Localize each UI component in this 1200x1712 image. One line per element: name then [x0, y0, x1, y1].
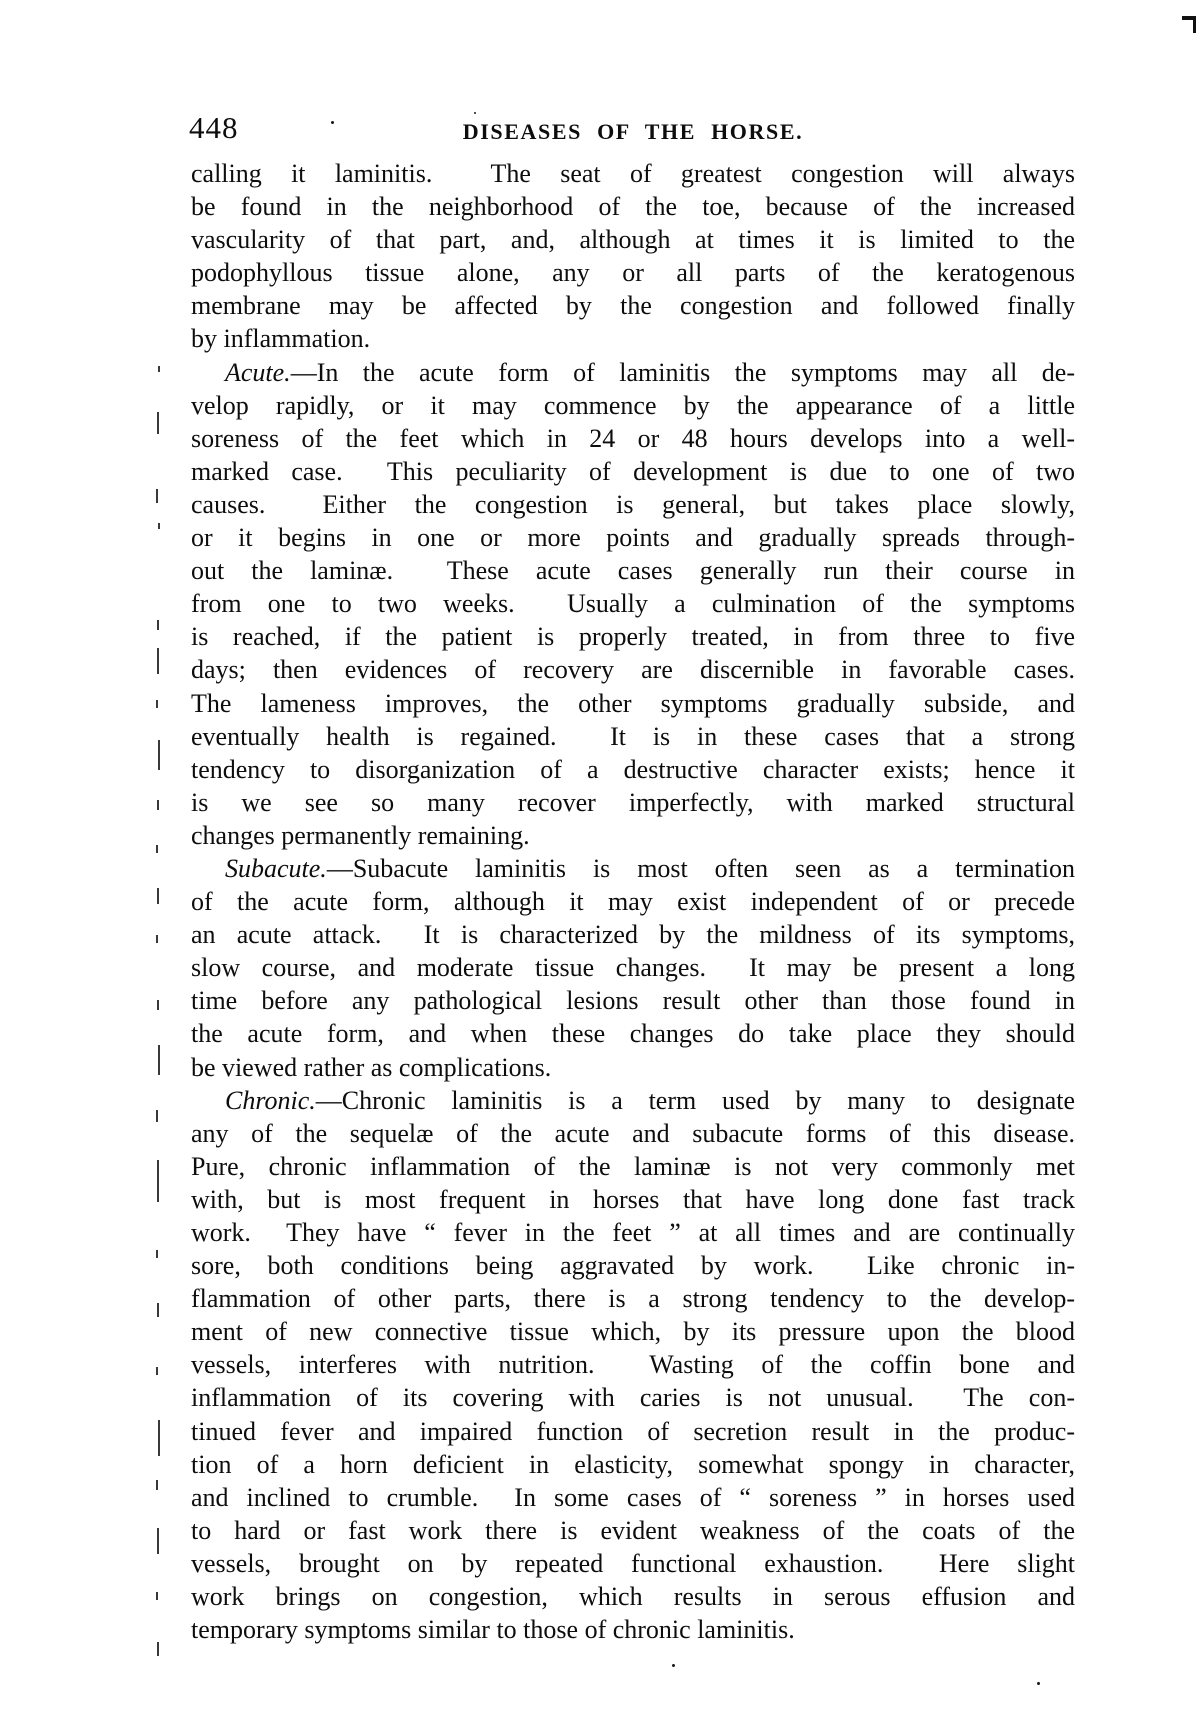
text-line: Pure, chronic inflammation of the laminæ… — [191, 1150, 1075, 1183]
scan-artifact-tick — [156, 1592, 158, 1600]
paragraph-lead-word: Chronic. — [225, 1086, 316, 1115]
text-line: time before any pathological lesions res… — [191, 984, 1075, 1017]
text-line: flammation of other parts, there is a st… — [191, 1282, 1075, 1315]
text-line: the acute form, and when these changes d… — [191, 1017, 1075, 1050]
text-line: and inclined to crumble. In some cases o… — [191, 1481, 1075, 1514]
text-line: any of the sequelæ of the acute and suba… — [191, 1117, 1075, 1150]
text-line: is reached, if the patient is properly t… — [191, 620, 1075, 653]
scan-artifact-tick — [157, 800, 159, 810]
scan-artifact-tick — [157, 1000, 159, 1010]
scan-artifact-tick — [158, 1420, 160, 1456]
scan-artifact-tick — [157, 412, 159, 434]
paragraph-lead-word: Subacute. — [225, 854, 327, 883]
text-line: be found in the neighborhood of the toe,… — [191, 190, 1075, 223]
page-body-text: calling it laminitis. The seat of greate… — [191, 157, 1075, 1646]
text-line: vascularity of that part, and, although … — [191, 223, 1075, 256]
text-line: tendency to disorganization of a destruc… — [191, 753, 1075, 786]
scan-artifact-tick — [156, 489, 158, 503]
paragraph: Chronic.—Chronic laminitis is a term use… — [191, 1084, 1075, 1647]
text-line: temporary symptoms similar to those of c… — [191, 1613, 1075, 1646]
text-line: changes permanently remaining. — [191, 819, 1075, 852]
scan-artifact-tick — [158, 366, 160, 372]
scan-artifact-tick — [157, 648, 159, 674]
scan-artifact-tick — [157, 1160, 159, 1202]
text-line: tinued fever and impaired function of se… — [191, 1415, 1075, 1448]
scan-artifact-dot — [1037, 1682, 1040, 1685]
text-line: days; then evidences of recovery are dis… — [191, 653, 1075, 686]
scan-artifact-dot — [474, 112, 476, 114]
scan-artifact-tick — [156, 1480, 158, 1490]
scan-artifact-dot — [331, 121, 334, 124]
scan-artifact-tick — [156, 845, 158, 853]
text-line: podophyllous tissue alone, any or all pa… — [191, 256, 1075, 289]
paragraph: Subacute.—Subacute laminitis is most oft… — [191, 852, 1075, 1084]
text-line: work brings on congestion, which results… — [191, 1580, 1075, 1613]
text-line: out the laminæ. These acute cases genera… — [191, 554, 1075, 587]
text-line: with, but is most frequent in horses tha… — [191, 1183, 1075, 1216]
scanned-page: 448 DISEASES OF THE HORSE. calling it la… — [0, 0, 1200, 1712]
text-line: vessels, interferes with nutrition. Wast… — [191, 1348, 1075, 1381]
scan-artifact-tick — [158, 1045, 160, 1075]
scan-artifact-tick — [157, 620, 159, 630]
text-line: velop rapidly, or it may commence by the… — [191, 389, 1075, 422]
scan-artifact-tick — [158, 523, 160, 529]
text-line: an acute attack. It is characterized by … — [191, 918, 1075, 951]
text-line: eventually health is regained. It is in … — [191, 720, 1075, 753]
text-line: membrane may be affected by the congesti… — [191, 289, 1075, 322]
running-head: DISEASES OF THE HORSE. — [191, 119, 1075, 145]
text-line: inflammation of its covering with caries… — [191, 1381, 1075, 1414]
text-line: ment of new connective tissue which, by … — [191, 1315, 1075, 1348]
text-line: slow course, and moderate tissue changes… — [191, 951, 1075, 984]
paragraph: calling it laminitis. The seat of greate… — [191, 157, 1075, 356]
scan-artifact-corner — [1182, 16, 1196, 33]
text-line: sore, both conditions being aggravated b… — [191, 1249, 1075, 1282]
text-line: to hard or fast work there is evident we… — [191, 1514, 1075, 1547]
text-line: The lameness improves, the other symptom… — [191, 687, 1075, 720]
text-line: by inflammation. — [191, 322, 1075, 355]
scan-artifact-tick — [157, 1303, 159, 1317]
text-line: Chronic.—Chronic laminitis is a term use… — [191, 1084, 1075, 1117]
scan-artifact-tick — [157, 888, 159, 904]
text-line: Subacute.—Subacute laminitis is most oft… — [191, 852, 1075, 885]
scan-artifact-tick — [156, 1367, 158, 1375]
paragraph: Acute.—In the acute form of laminitis th… — [191, 356, 1075, 852]
text-line: of the acute form, although it may exist… — [191, 885, 1075, 918]
scan-artifact-dot — [672, 1664, 675, 1667]
text-line: is we see so many recover imperfectly, w… — [191, 786, 1075, 819]
scan-artifact-tick — [157, 1642, 159, 1656]
text-line: marked case. This peculiarity of develop… — [191, 455, 1075, 488]
text-line: tion of a horn deficient in elasticity, … — [191, 1448, 1075, 1481]
text-line: or it begins in one or more points and g… — [191, 521, 1075, 554]
text-line: Acute.—In the acute form of laminitis th… — [191, 356, 1075, 389]
scan-artifact-tick — [157, 1528, 159, 1554]
text-line: vessels, brought on by repeated function… — [191, 1547, 1075, 1580]
paragraph-lead-word: Acute. — [225, 358, 291, 387]
text-line: be viewed rather as complications. — [191, 1051, 1075, 1084]
scan-artifact-tick — [156, 935, 158, 943]
text-line: soreness of the feet which in 24 or 48 h… — [191, 422, 1075, 455]
scan-artifact-tick — [156, 700, 158, 708]
scan-artifact-tick — [156, 1250, 158, 1258]
text-line: causes. Either the congestion is general… — [191, 488, 1075, 521]
text-line: calling it laminitis. The seat of greate… — [191, 157, 1075, 190]
scan-artifact-tick — [156, 1110, 158, 1122]
text-line: work. They have “ fever in the feet ” at… — [191, 1216, 1075, 1249]
text-line: from one to two weeks. Usually a culmina… — [191, 587, 1075, 620]
scan-artifact-tick — [158, 740, 160, 770]
